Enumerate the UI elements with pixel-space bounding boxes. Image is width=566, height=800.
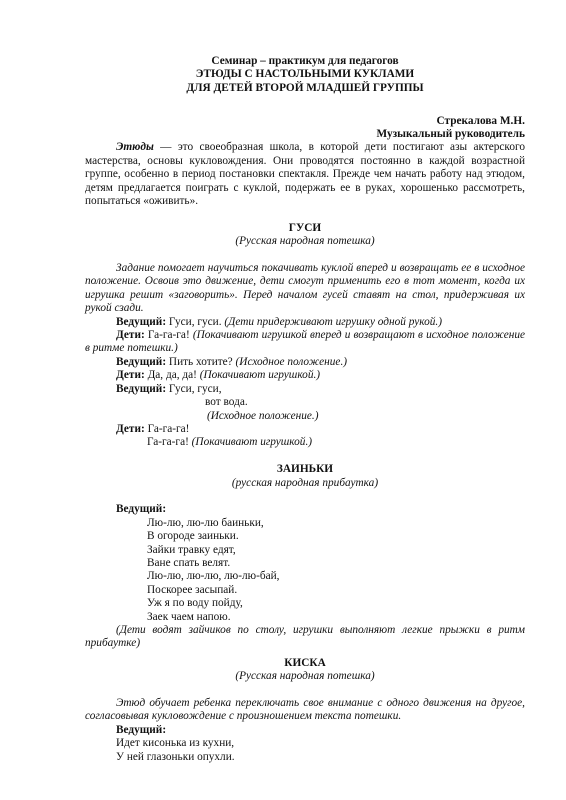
dialogue-line: Ведущий: Пить хотите? (Исходное положени… bbox=[85, 356, 525, 369]
spacer bbox=[85, 684, 525, 697]
dialogue-line: Дети: Да, да, да! (Покачивают игрушкой.) bbox=[85, 369, 525, 382]
section-subtitle-kiska: (Русская народная потешка) bbox=[85, 670, 525, 683]
spacer bbox=[85, 450, 525, 463]
dialogue-line: Ведущий: Гуси, гуси. (Дети придерживают … bbox=[85, 316, 525, 329]
section-description-gusi: Задание помогает научиться покачивать ку… bbox=[85, 262, 525, 316]
spacer bbox=[85, 208, 525, 221]
section-description-kiska: Этюд обучает ребенка переключать свое вн… bbox=[85, 697, 525, 724]
intro-term: Этюды bbox=[116, 141, 154, 153]
verse-line: Уж я по воду пойду, bbox=[85, 597, 525, 610]
verse-line: Ване спать велят. bbox=[85, 557, 525, 570]
verse-line: Поскорее засыпай. bbox=[85, 584, 525, 597]
verse-line: Лю-лю, лю-лю баиньки, bbox=[85, 517, 525, 530]
dialogue-line: Ведущий: Гуси, гуси, bbox=[85, 383, 525, 396]
section-title-zainki: ЗАИНЬКИ bbox=[85, 463, 525, 476]
dialogue-line: Дети: Га-га-га! (Покачивают игрушкой впе… bbox=[85, 329, 525, 356]
spacer bbox=[85, 249, 525, 262]
section-subtitle-gusi: (Русская народная потешка) bbox=[85, 235, 525, 248]
dialogue-line: (Исходное положение.) bbox=[85, 410, 525, 423]
header-line-2: ЭТЮДЫ С НАСТОЛЬНЫМИ КУКЛАМИ bbox=[85, 68, 525, 81]
dialogue-line: Га-га-га! (Покачивают игрушкой.) bbox=[85, 436, 525, 449]
section-title-kiska: КИСКА bbox=[85, 657, 525, 670]
section-note-zainki: (Дети водят зайчиков по столу, игрушки в… bbox=[85, 624, 525, 651]
author-role: Музыкальный руководитель bbox=[85, 128, 525, 141]
verse-line: Идет кисонька из кухни, bbox=[85, 737, 525, 750]
intro-paragraph: Этюды — это своеобразная школа, в которо… bbox=[85, 141, 525, 208]
verse-zainki: Лю-лю, лю-лю баиньки, В огороде заиньки.… bbox=[85, 517, 525, 624]
spacer bbox=[85, 95, 525, 108]
verse-line: Зайки травку едят, bbox=[85, 544, 525, 557]
dialogue-line: вот вода. bbox=[85, 396, 525, 409]
header-line-3: ДЛЯ ДЕТЕЙ ВТОРОЙ МЛАДШЕЙ ГРУППЫ bbox=[85, 82, 525, 95]
header-line-1: Семинар – практикум для педагогов bbox=[85, 55, 525, 68]
verse-line: У ней глазоньки опухли. bbox=[85, 751, 525, 764]
spacer bbox=[85, 490, 525, 503]
section-title-gusi: ГУСИ bbox=[85, 222, 525, 235]
section-subtitle-zainki: (русская народная прибаутка) bbox=[85, 477, 525, 490]
author-name: Стрекалова М.Н. bbox=[85, 115, 525, 128]
dialogue-line: Дети: Га-га-га! bbox=[85, 423, 525, 436]
verse-line: Заек чаем напою. bbox=[85, 611, 525, 624]
verse-line: В огороде заиньки. bbox=[85, 530, 525, 543]
document-page: Семинар – практикум для педагогов ЭТЮДЫ … bbox=[85, 55, 525, 764]
speaker-label: Ведущий: bbox=[85, 503, 525, 516]
verse-line: Лю-лю, лю-лю, лю-лю-бай, bbox=[85, 570, 525, 583]
speaker-label: Ведущий: bbox=[85, 724, 525, 737]
